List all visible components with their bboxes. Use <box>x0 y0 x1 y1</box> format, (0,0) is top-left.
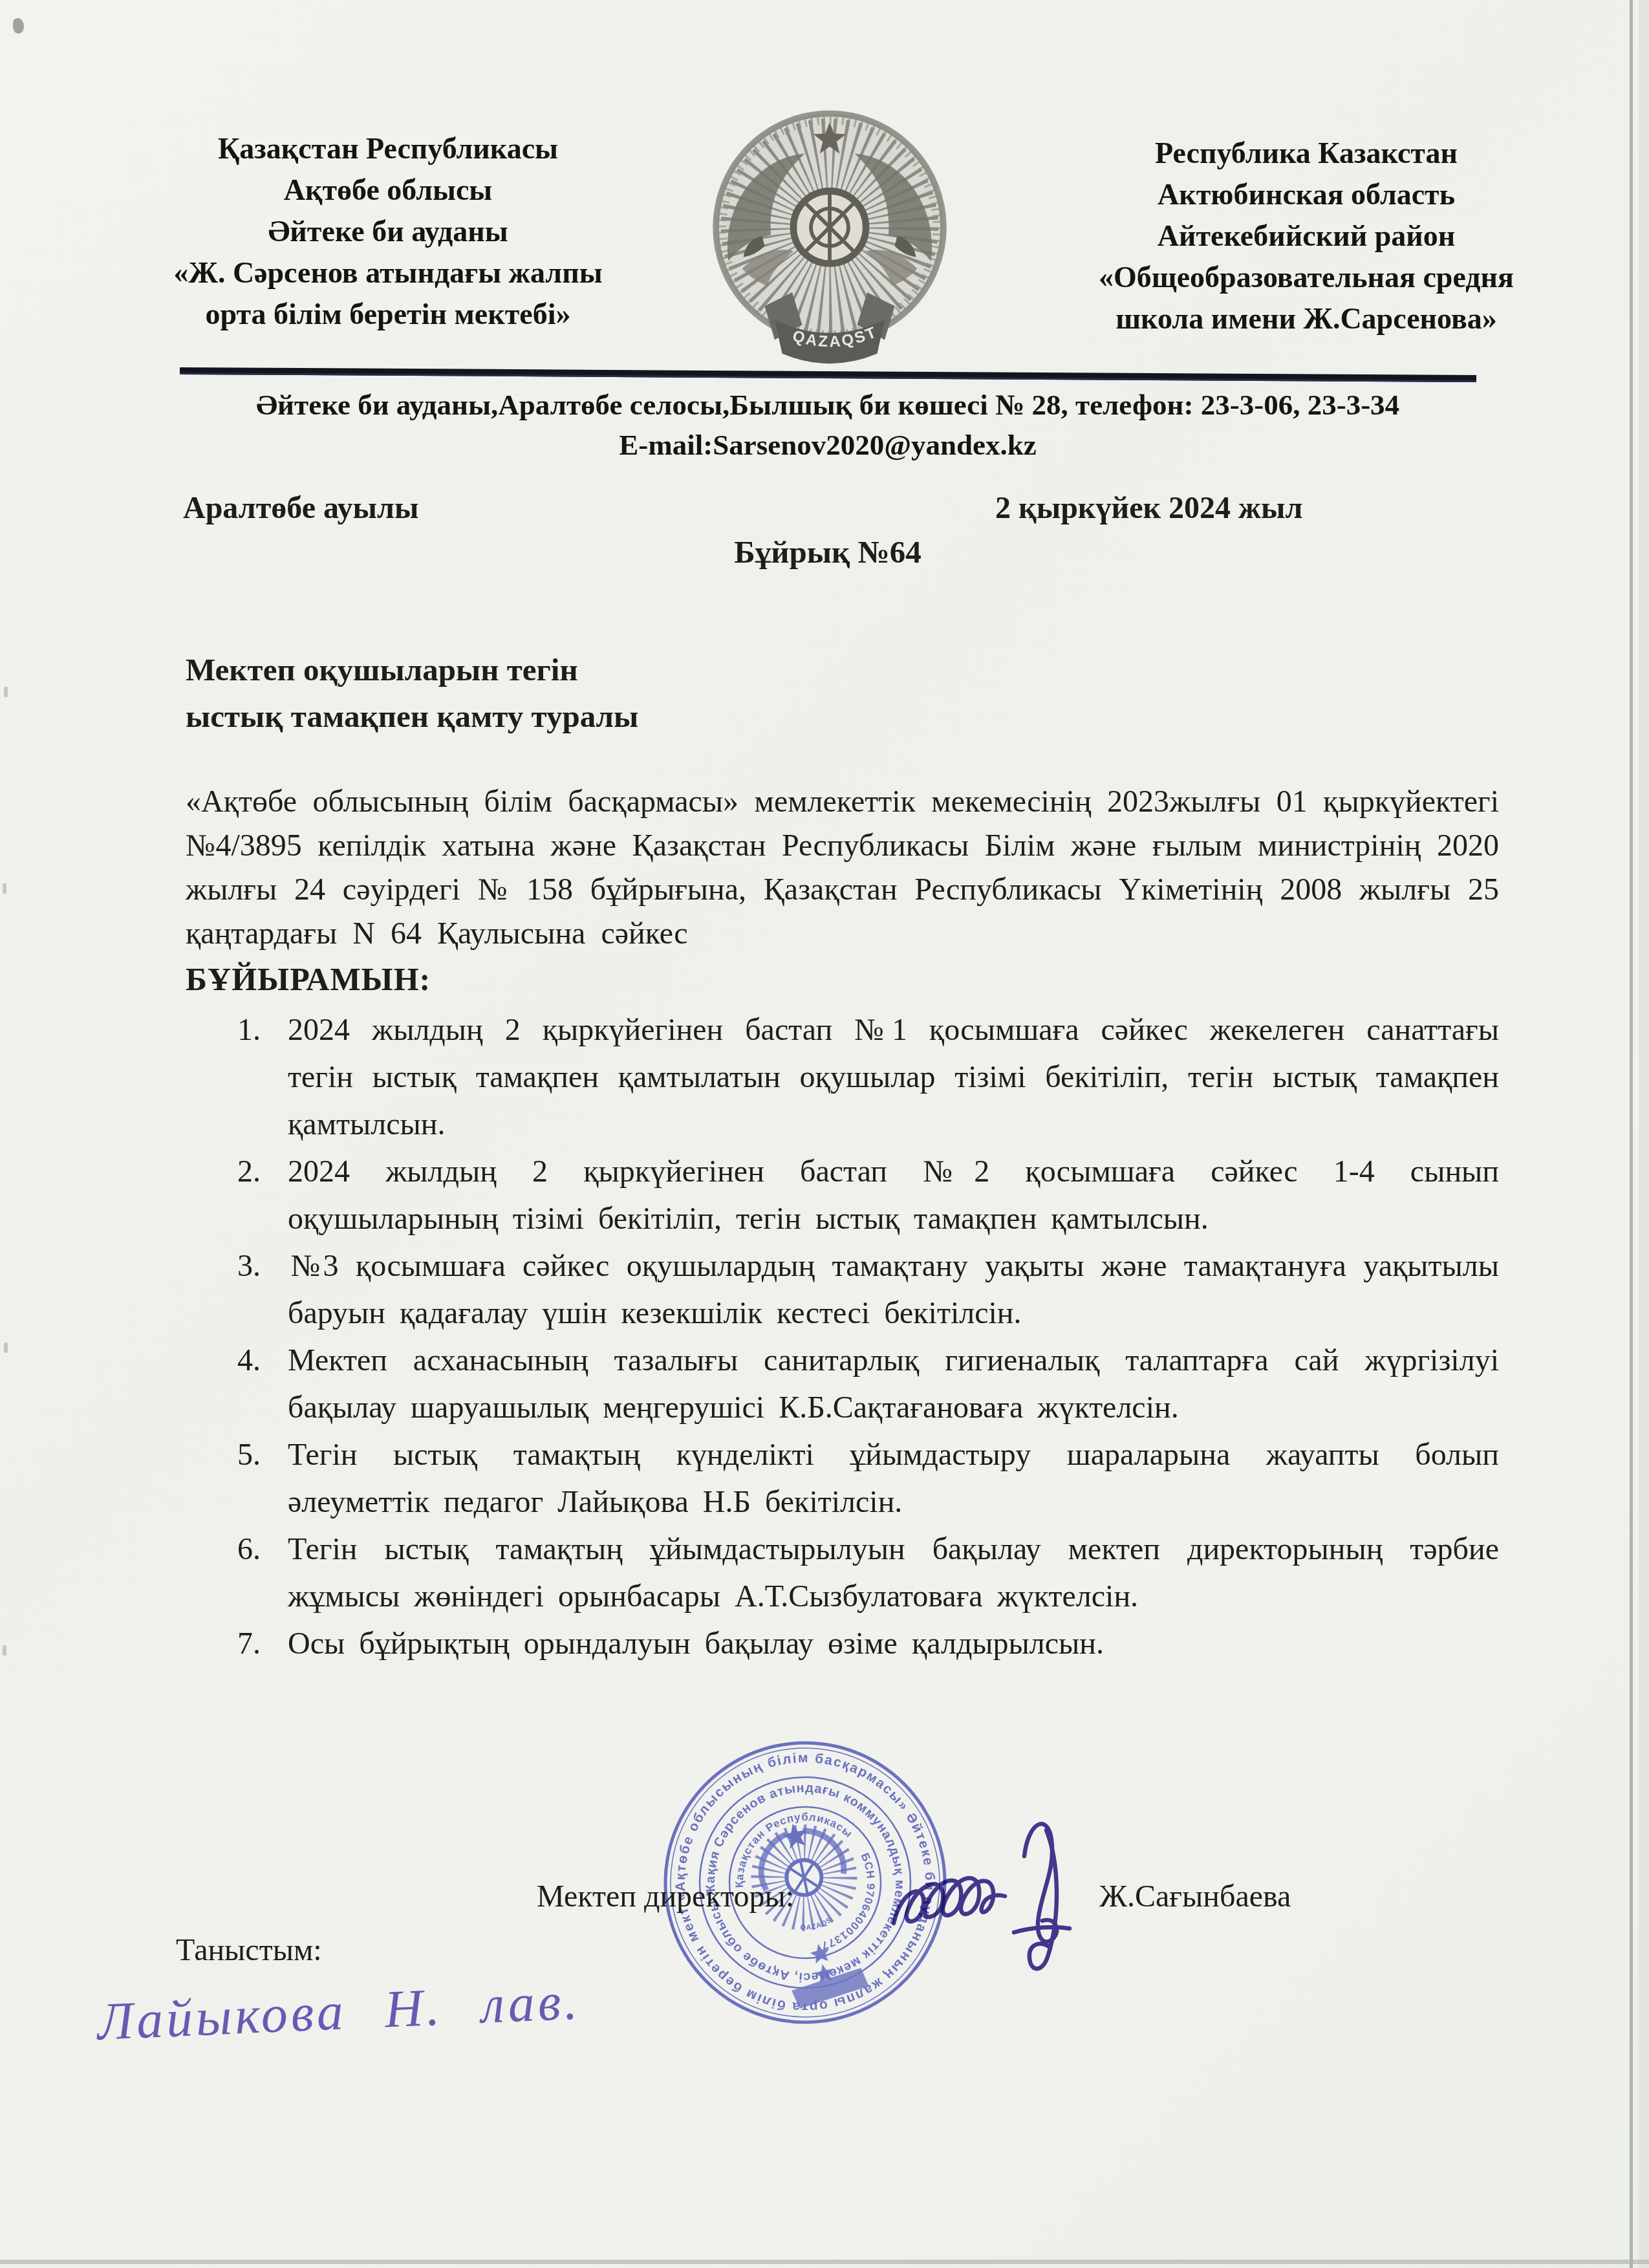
letterhead-line: Қазақстан Республикасы <box>78 128 698 169</box>
order-item: Мектеп асханасының тазалығы санитарлық г… <box>186 1337 1499 1431</box>
school-address: Әйтеке би ауданы,Аралтөбе селосы,Былшық … <box>116 388 1539 422</box>
order-items-list: 2024 жылдың 2 қыркүйегінен бастап №1 қос… <box>186 1006 1499 1667</box>
letterhead-line: школа имени Ж.Сарсенова» <box>1035 298 1578 340</box>
acknowledged-label: Таныстым: <box>176 1932 322 1968</box>
letterhead-line: «Ж. Сәрсенов атындағы жалпы <box>78 252 698 294</box>
letterhead-kazakh: Қазақстан Республикасы Ақтөбе облысы Әйт… <box>78 128 698 335</box>
letterhead-line: Республика Казакстан <box>1035 133 1578 174</box>
scan-corner-mark <box>13 18 24 34</box>
scan-left-mark <box>4 1343 8 1353</box>
letterhead-line: Әйтеке би ауданы <box>78 211 698 252</box>
director-name: Ж.Сағынбаева <box>1099 1879 1291 1914</box>
order-body: «Ақтөбе облысының білім басқармасы» мемл… <box>186 780 1499 1667</box>
letterhead-line: Ақтөбе облысы <box>78 169 698 211</box>
subject-line: ыстық тамақпен қамту туралы <box>186 693 638 740</box>
order-preamble: «Ақтөбе облысының білім басқармасы» мемл… <box>186 780 1499 956</box>
header-divider-rule <box>180 367 1476 382</box>
letterhead-line: Актюбинская область <box>1035 174 1578 215</box>
letterhead-line: Айтекебийский район <box>1035 215 1578 257</box>
scan-left-mark <box>3 883 6 894</box>
issue-place: Аралтөбе ауылы <box>183 490 418 526</box>
order-item: 2024 жылдың 2 қыркүйегінен бастап №1 қос… <box>186 1006 1499 1148</box>
order-item: Осы бұйрықтың орындалуын бақылау өзіме қ… <box>186 1620 1499 1667</box>
scan-edge-paper <box>1639 0 1649 2268</box>
letterhead-russian: Республика Казакстан Актюбинская область… <box>1035 133 1578 340</box>
issue-date: 2 қыркүйек 2024 жыл <box>995 490 1302 526</box>
director-signature-scrawl <box>885 1780 1124 1993</box>
subject-line: Мектеп оқушыларын тегін <box>186 647 638 693</box>
letterhead-line: «Общеобразовательная средня <box>1035 257 1578 298</box>
scan-edge-right <box>1630 0 1633 2268</box>
order-subject: Мектеп оқушыларын тегін ыстық тамақпен қ… <box>186 647 638 740</box>
scan-edge-bottom <box>0 2260 1649 2264</box>
scanned-order-document: Қазақстан Республикасы Ақтөбе облысы Әйт… <box>0 0 1649 2268</box>
order-item: №3 қосымшаға сәйкес оқушылардың тамақтан… <box>186 1242 1499 1337</box>
handwritten-acknowledgement: Лайыкова Н. лав. <box>96 1963 744 2053</box>
school-email: E-mail:Sarsenov2020@yandex.kz <box>116 428 1539 462</box>
order-number: Бұйрық №64 <box>181 534 1474 570</box>
letterhead-line: орта білім беретін мектебі» <box>78 294 698 335</box>
decree-word: БҰЙЫРАМЫН: <box>186 956 1499 1002</box>
kazakhstan-coat-of-arms-icon: QAZAQSTAN <box>704 105 956 367</box>
order-item: Тегін ыстық тамақтың күнделікті ұйымдаст… <box>186 1431 1499 1526</box>
scan-left-mark <box>3 1645 6 1656</box>
scan-left-mark <box>4 687 8 697</box>
order-item: Тегін ыстық тамақтың ұйымдастырылуын бақ… <box>186 1526 1499 1620</box>
order-item: 2024 жылдың 2 қыркүйегінен бастап №2 қос… <box>186 1148 1499 1242</box>
